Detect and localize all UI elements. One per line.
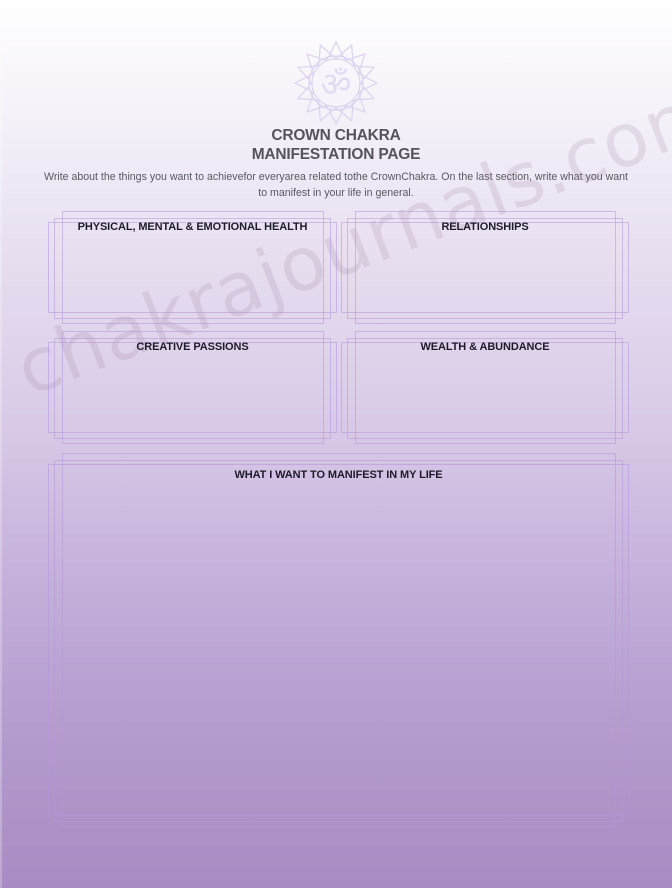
section-label: CREATIVE PASSIONS <box>48 341 337 353</box>
svg-text:ॐ: ॐ <box>320 65 351 105</box>
crown-chakra-om-icon: ॐ <box>291 38 381 128</box>
section-manifest-in-life[interactable]: WHAT I WANT TO MANIFEST IN MY LIFE <box>48 453 629 827</box>
page-title-line-2: MANIFESTATION PAGE <box>0 145 672 164</box>
section-label: RELATIONSHIPS <box>341 221 629 233</box>
frame-border <box>341 222 629 313</box>
section-label: WEALTH & ABUNDANCE <box>341 341 629 353</box>
section-label: WHAT I WANT TO MANIFEST IN MY LIFE <box>48 469 629 481</box>
section-physical-health[interactable]: PHYSICAL, MENTAL & EMOTIONAL HEALTH <box>48 211 337 324</box>
frame-border <box>341 342 629 433</box>
section-label: PHYSICAL, MENTAL & EMOTIONAL HEALTH <box>48 221 337 233</box>
frame-border <box>48 464 629 816</box>
frame-border <box>48 222 337 313</box>
section-creative-passions[interactable]: CREATIVE PASSIONS <box>48 331 337 444</box>
section-relationships[interactable]: RELATIONSHIPS <box>341 211 629 324</box>
page-title-line-1: CROWN CHAKRA <box>0 126 672 145</box>
instructions-text: Write about the things you want to achie… <box>40 169 632 201</box>
frame-border <box>48 342 337 433</box>
section-wealth-abundance[interactable]: WEALTH & ABUNDANCE <box>341 331 629 444</box>
